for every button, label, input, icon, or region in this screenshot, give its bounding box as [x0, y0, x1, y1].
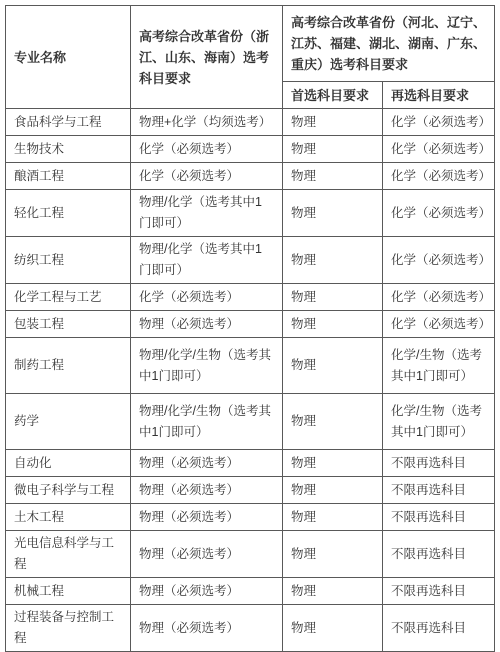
- cell-reform3-requirement: 化学（必须选考）: [131, 136, 283, 163]
- cell-major: 药学: [6, 394, 131, 450]
- cell-reform3-requirement: 物理/化学（选考其中1门即可）: [131, 190, 283, 237]
- cell-first-subject: 物理: [283, 504, 383, 531]
- cell-reform3-requirement: 物理（必须选考）: [131, 311, 283, 338]
- table-row: 食品科学与工程 物理+化学（均须选考） 物理 化学（必须选考）: [6, 109, 495, 136]
- cell-first-subject: 物理: [283, 163, 383, 190]
- cell-first-subject: 物理: [283, 237, 383, 284]
- table-row: 药学 物理/化学/生物（选考其中1门即可） 物理 化学/生物（选考其中1门即可）: [6, 394, 495, 450]
- cell-first-subject: 物理: [283, 338, 383, 394]
- cell-reform3-requirement: 物理/化学/生物（选考其中1门即可）: [131, 338, 283, 394]
- cell-reform3-requirement: 物理（必须选考）: [131, 450, 283, 477]
- table-row: 包装工程 物理（必须选考） 物理 化学（必须选考）: [6, 311, 495, 338]
- table-row: 土木工程 物理（必须选考） 物理 不限再选科目: [6, 504, 495, 531]
- cell-major: 机械工程: [6, 578, 131, 605]
- cell-major: 微电子科学与工程: [6, 477, 131, 504]
- cell-second-subject: 化学（必须选考）: [383, 136, 495, 163]
- table-row: 自动化 物理（必须选考） 物理 不限再选科目: [6, 450, 495, 477]
- cell-major: 过程装备与控制工程: [6, 605, 131, 652]
- cell-second-subject: 不限再选科目: [383, 531, 495, 578]
- cell-major: 光电信息科学与工程: [6, 531, 131, 578]
- table-row: 轻化工程 物理/化学（选考其中1门即可） 物理 化学（必须选考）: [6, 190, 495, 237]
- header-second-subject: 再选科目要求: [383, 82, 495, 109]
- header-first-subject: 首选科目要求: [283, 82, 383, 109]
- cell-first-subject: 物理: [283, 109, 383, 136]
- cell-second-subject: 不限再选科目: [383, 578, 495, 605]
- table-row: 化学工程与工艺 化学（必须选考） 物理 化学（必须选考）: [6, 284, 495, 311]
- cell-major: 生物技术: [6, 136, 131, 163]
- cell-second-subject: 化学/生物（选考其中1门即可）: [383, 394, 495, 450]
- table-row: 酿酒工程 化学（必须选考） 物理 化学（必须选考）: [6, 163, 495, 190]
- cell-reform3-requirement: 物理/化学/生物（选考其中1门即可）: [131, 394, 283, 450]
- cell-second-subject: 化学（必须选考）: [383, 284, 495, 311]
- cell-first-subject: 物理: [283, 190, 383, 237]
- cell-second-subject: 不限再选科目: [383, 605, 495, 652]
- cell-second-subject: 化学（必须选考）: [383, 163, 495, 190]
- cell-major: 轻化工程: [6, 190, 131, 237]
- table-row: 过程装备与控制工程 物理（必须选考） 物理 不限再选科目: [6, 605, 495, 652]
- cell-major: 制药工程: [6, 338, 131, 394]
- cell-second-subject: 不限再选科目: [383, 477, 495, 504]
- cell-major: 纺织工程: [6, 237, 131, 284]
- table-row: 制药工程 物理/化学/生物（选考其中1门即可） 物理 化学/生物（选考其中1门即…: [6, 338, 495, 394]
- cell-second-subject: 化学（必须选考）: [383, 109, 495, 136]
- cell-first-subject: 物理: [283, 477, 383, 504]
- cell-reform3-requirement: 物理+化学（均须选考）: [131, 109, 283, 136]
- header-major: 专业名称: [6, 6, 131, 109]
- cell-second-subject: 不限再选科目: [383, 450, 495, 477]
- cell-major: 食品科学与工程: [6, 109, 131, 136]
- table-row: 机械工程 物理（必须选考） 物理 不限再选科目: [6, 578, 495, 605]
- table-row: 光电信息科学与工程 物理（必须选考） 物理 不限再选科目: [6, 531, 495, 578]
- subject-requirements-table: 专业名称 高考综合改革省份（浙江、山东、海南）选考科目要求 高考综合改革省份（河…: [5, 5, 495, 652]
- table-row: 纺织工程 物理/化学（选考其中1门即可） 物理 化学（必须选考）: [6, 237, 495, 284]
- header-row-top: 专业名称 高考综合改革省份（浙江、山东、海南）选考科目要求 高考综合改革省份（河…: [6, 6, 495, 82]
- cell-major: 化学工程与工艺: [6, 284, 131, 311]
- header-reform3-provinces: 高考综合改革省份（浙江、山东、海南）选考科目要求: [131, 6, 283, 109]
- cell-first-subject: 物理: [283, 578, 383, 605]
- cell-second-subject: 不限再选科目: [383, 504, 495, 531]
- cell-reform3-requirement: 化学（必须选考）: [131, 163, 283, 190]
- cell-first-subject: 物理: [283, 311, 383, 338]
- cell-first-subject: 物理: [283, 531, 383, 578]
- cell-first-subject: 物理: [283, 605, 383, 652]
- cell-reform3-requirement: 物理（必须选考）: [131, 578, 283, 605]
- page: 专业名称 高考综合改革省份（浙江、山东、海南）选考科目要求 高考综合改革省份（河…: [0, 0, 500, 614]
- cell-reform3-requirement: 物理（必须选考）: [131, 477, 283, 504]
- cell-first-subject: 物理: [283, 136, 383, 163]
- cell-reform3-requirement: 物理（必须选考）: [131, 605, 283, 652]
- cell-major: 自动化: [6, 450, 131, 477]
- table-row: 微电子科学与工程 物理（必须选考） 物理 不限再选科目: [6, 477, 495, 504]
- table-row: 生物技术 化学（必须选考） 物理 化学（必须选考）: [6, 136, 495, 163]
- cell-first-subject: 物理: [283, 450, 383, 477]
- cell-reform3-requirement: 物理（必须选考）: [131, 504, 283, 531]
- cell-reform3-requirement: 化学（必须选考）: [131, 284, 283, 311]
- cell-major: 土木工程: [6, 504, 131, 531]
- cell-second-subject: 化学/生物（选考其中1门即可）: [383, 338, 495, 394]
- cell-second-subject: 化学（必须选考）: [383, 237, 495, 284]
- cell-second-subject: 化学（必须选考）: [383, 311, 495, 338]
- cell-reform3-requirement: 物理（必须选考）: [131, 531, 283, 578]
- header-reform8-provinces: 高考综合改革省份（河北、辽宁、江苏、福建、湖北、湖南、广东、重庆）选考科目要求: [283, 6, 495, 82]
- cell-first-subject: 物理: [283, 394, 383, 450]
- cell-first-subject: 物理: [283, 284, 383, 311]
- cell-major: 酿酒工程: [6, 163, 131, 190]
- cell-major: 包装工程: [6, 311, 131, 338]
- cell-reform3-requirement: 物理/化学（选考其中1门即可）: [131, 237, 283, 284]
- cell-second-subject: 化学（必须选考）: [383, 190, 495, 237]
